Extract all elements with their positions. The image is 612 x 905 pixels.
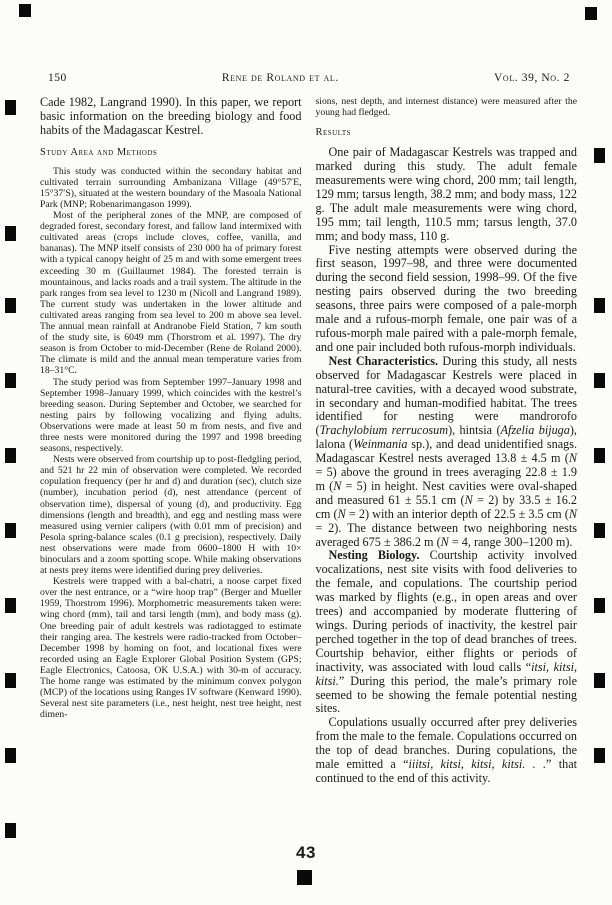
text-segment: sions, nest depth, and internest distanc… [316, 96, 578, 118]
text-segment: N [569, 451, 577, 465]
scan-mark [5, 598, 16, 613]
paragraph: Cade 1982, Langrand 1990). In this paper… [40, 96, 302, 138]
text-segment: Cade 1982, Langrand 1990). In this paper… [40, 95, 302, 137]
scan-mark [594, 373, 605, 388]
scan-mark [594, 748, 605, 763]
paragraph: Most of the peripheral zones of the MNP,… [40, 210, 302, 376]
paragraph: sions, nest depth, and internest distanc… [316, 96, 578, 118]
text-segment: Weinmania [353, 437, 407, 451]
page-header: 150 Rene de Roland et al. Vol. 39, No. 2 [48, 72, 570, 84]
scan-mark [594, 673, 605, 688]
paragraph: Kestrels were trapped with a bal-chatri,… [40, 576, 302, 720]
scan-mark [19, 4, 31, 17]
scan-mark [5, 298, 16, 313]
text-segment: Five nesting attempts were observed duri… [316, 243, 578, 354]
text-segment: ” During this period, the male’s primary… [316, 674, 578, 716]
paragraph: Copulations usually occurred after prey … [316, 716, 578, 786]
scan-mark [297, 870, 312, 885]
text-segment: One pair of Madagascar Kestrels was trap… [316, 145, 578, 242]
paragraph: Nest Characteristics. During this study,… [316, 355, 578, 550]
text-segment: ), hintsia ( [448, 423, 500, 437]
paragraph: This study was conducted within the seco… [40, 166, 302, 210]
scan-mark [5, 448, 16, 463]
scan-mark [5, 673, 16, 688]
paragraph: Nests were observed from courtship up to… [40, 454, 302, 576]
header-page-number: 150 [48, 72, 67, 84]
text-segment: Nests were observed from courtship up to… [40, 454, 302, 576]
scan-mark [585, 7, 597, 20]
text-segment: iiitsi, kitsi, kitsi, kitsi. . . [409, 757, 546, 771]
text-segment: Afzelia bijuga [501, 423, 570, 437]
text-segment: N [338, 507, 346, 521]
text-segment: N [441, 535, 449, 549]
scan-mark [594, 298, 605, 313]
text-segment: N [569, 507, 577, 521]
section-heading: Results [316, 127, 578, 138]
scan-mark [5, 100, 16, 115]
scan-mark [594, 448, 605, 463]
text-segment: Most of the peripheral zones of the MNP,… [40, 210, 302, 376]
text-columns: Cade 1982, Langrand 1990). In this paper… [40, 96, 577, 786]
paragraph: Five nesting attempts were observed duri… [316, 244, 578, 355]
scan-mark [5, 373, 16, 388]
scan-mark [594, 148, 605, 163]
text-segment: N [465, 493, 473, 507]
paragraph: Nesting Biology. Courtship activity invo… [316, 549, 578, 716]
running-title: Rene de Roland et al. [222, 72, 339, 84]
text-segment: This study was conducted within the seco… [40, 166, 302, 210]
journal-page: 150 Rene de Roland et al. Vol. 39, No. 2… [0, 0, 612, 905]
paragraph: The study period was from September 1997… [40, 377, 302, 455]
text-segment: = 2) with an interior depth of 22.5 ± 3.… [346, 507, 569, 521]
scan-mark [5, 523, 16, 538]
left-column: Cade 1982, Langrand 1990). In this paper… [40, 96, 302, 786]
scan-mark [5, 823, 16, 838]
text-segment: Nesting Biology. [329, 548, 430, 562]
footer-page-number: 43 [296, 843, 316, 862]
right-column: sions, nest depth, and internest distanc… [316, 96, 578, 786]
page-footer: 43 [0, 843, 612, 863]
scan-mark [5, 226, 16, 241]
text-segment: Kestrels were trapped with a bal-chatri,… [40, 576, 302, 720]
paragraph: One pair of Madagascar Kestrels was trap… [316, 146, 578, 243]
scan-mark [594, 523, 605, 538]
text-segment: Courtship activity involved vocalization… [316, 548, 578, 673]
volume-info: Vol. 39, No. 2 [494, 72, 570, 84]
text-segment: = 4, range 300–1200 m). [449, 535, 573, 549]
scan-mark [5, 748, 16, 763]
section-heading: Study Area and Methods [40, 147, 302, 158]
text-segment: Trachylobium rerrucosum [320, 423, 449, 437]
scan-mark [594, 598, 605, 613]
text-segment: Nest Characteristics. [329, 354, 443, 368]
text-segment: The study period was from September 1997… [40, 377, 302, 455]
